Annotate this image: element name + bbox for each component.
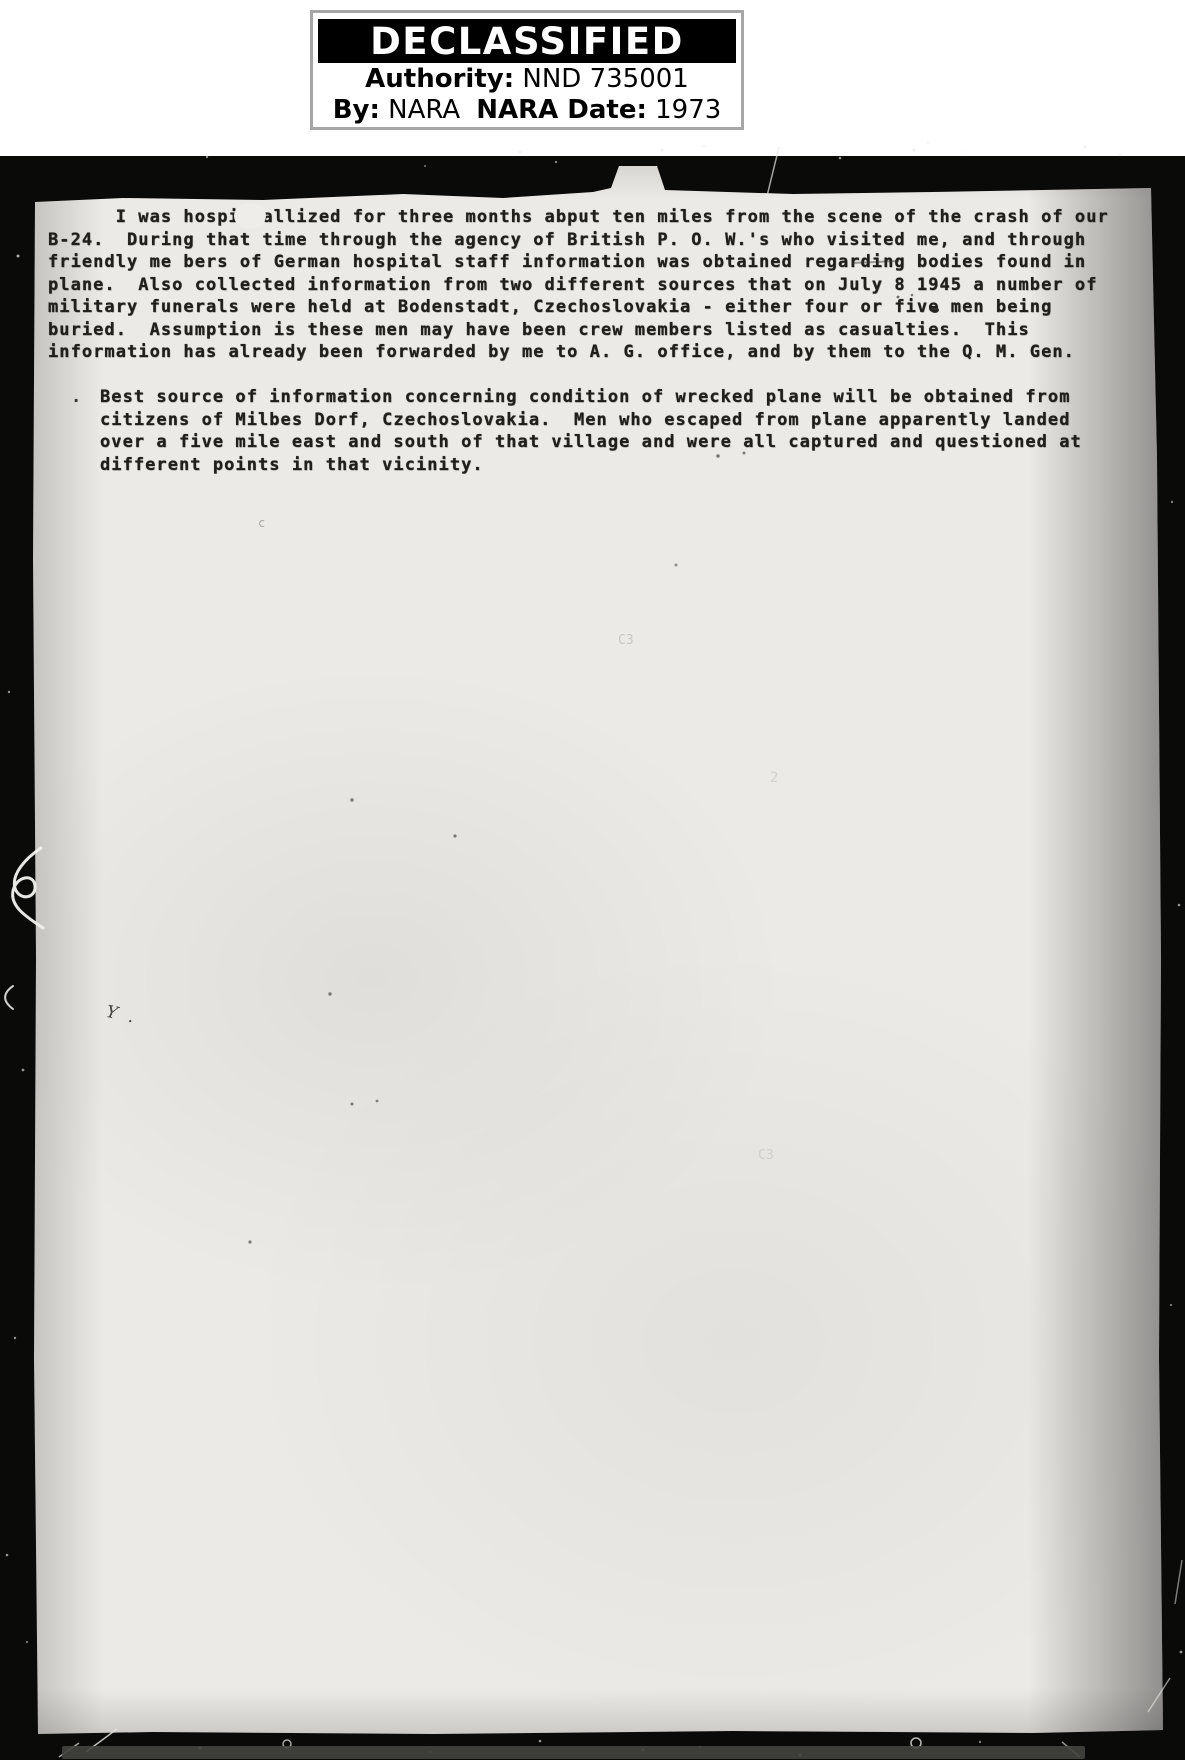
by-label: By: <box>333 95 380 125</box>
scanned-document-page: DECLASSIFIED Authority: NND 735001 By: N… <box>0 0 1185 1760</box>
stamp-by-line: By: NARANARA Date: 1973 <box>333 95 722 125</box>
text-line: over a five mile east and south of that … <box>100 431 1082 454</box>
paragraph-1: I was hospi..allized for three months ab… <box>48 206 1109 364</box>
text-line: buried. Assumption is these men may have… <box>48 319 1109 342</box>
nara-date-label: NARA Date: <box>476 95 647 125</box>
paragraph-2: Best source of information concerning co… <box>100 386 1082 476</box>
faint-mark-c3-upper: C3 <box>618 633 634 648</box>
faint-mark-c: c <box>258 516 265 530</box>
text-line: plane. Also collected information from t… <box>48 274 1109 297</box>
bottom-edge-strip <box>62 1746 1085 1759</box>
authority-value: NND 735001 <box>522 64 688 94</box>
text-line: friendly me bers of German hospital staf… <box>48 251 1109 274</box>
faint-mark-two: 2 <box>770 770 778 786</box>
text-line: B-24. During that time through the agenc… <box>48 229 1109 252</box>
declassified-stamp: DECLASSIFIED Authority: NND 735001 By: N… <box>310 10 744 130</box>
stamp-title: DECLASSIFIED <box>370 20 684 63</box>
text-line: information has already been forwarded b… <box>48 341 1109 364</box>
by-value: NARA <box>388 95 460 125</box>
text-line: Best source of information concerning co… <box>100 386 1082 409</box>
nara-date-value: 1973 <box>655 95 721 125</box>
text-line: citizens of Milbes Dorf, Czechoslovakia.… <box>100 409 1082 432</box>
authority-label: Authority: <box>365 64 514 94</box>
stamp-title-bar: DECLASSIFIED <box>318 19 736 63</box>
text-line: military funerals were held at Bodenstad… <box>48 296 1109 319</box>
stamp-authority-line: Authority: NND 735001 <box>365 64 689 94</box>
faint-mark-c3-lower: C3 <box>758 1148 774 1163</box>
paragraph-2-marker: . <box>71 386 81 409</box>
text-line: I was hospi..allized for three months ab… <box>48 206 1109 229</box>
text-line: different points in that vicinity. <box>100 454 1082 477</box>
